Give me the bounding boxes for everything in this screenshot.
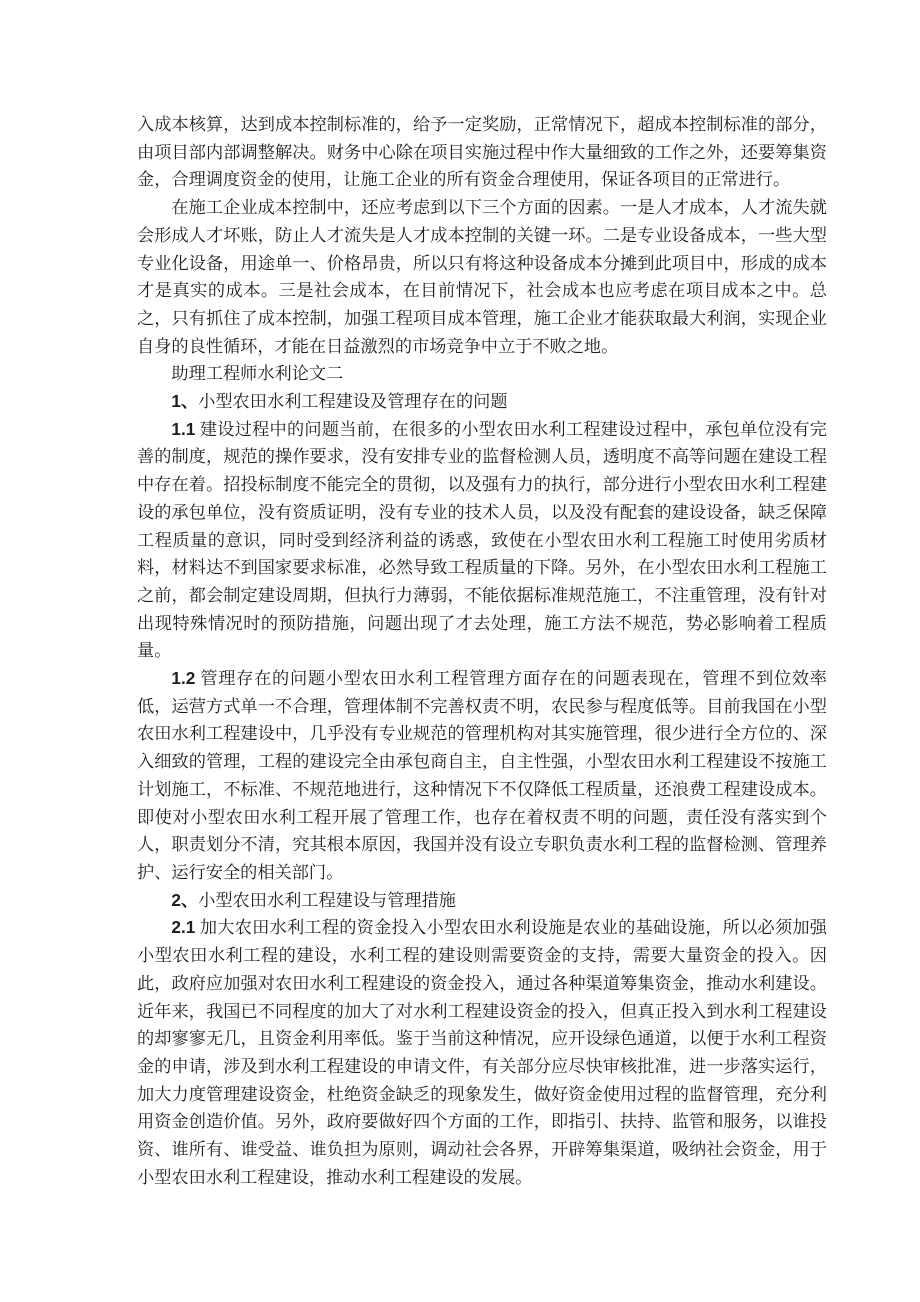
section-number: 2.1 [171,917,195,937]
paragraph-text: 加大农田水利工程的资金投入小型农田水利设施是农业的基础设施，所以必须加强小型农田… [137,918,827,1186]
paragraph-text: 入成本核算，达到成本控制标准的，给予一定奖励，正常情况下，超成本控制标准的部分，… [137,115,827,189]
paragraph-cost-control-factors: 在施工企业成本控制中，还应考虑到以下三个方面的因素。一是人才成本，人才流失就会形… [137,194,827,360]
document-page: 入成本核算，达到成本控制标准的，给予一定奖励，正常情况下，超成本控制标准的部分，… [137,111,827,1191]
paragraph-text: 小型农田水利工程建设与管理措施 [198,891,456,910]
paragraph-1-1-construction-problems: 1.1 建设过程中的问题当前，在很多的小型农田水利工程建设过程中，承包单位没有完… [137,416,827,665]
paragraph-text: 在施工企业成本控制中，还应考虑到以下三个方面的因素。一是人才成本，人才流失就会形… [137,198,827,356]
heading-section-2: 2、小型农田水利工程建设与管理措施 [137,887,827,915]
paragraph-text: 管理存在的问题小型农田水利工程管理方面存在的问题表现在，管理不到位效率低，运营方… [137,669,827,882]
paragraph-cost-accounting: 入成本核算，达到成本控制标准的，给予一定奖励，正常情况下，超成本控制标准的部分，… [137,111,827,194]
section-number: 1.1 [171,419,195,439]
section-number: 2、 [171,890,198,910]
section-number: 1.2 [171,668,195,688]
paragraph-text: 建设过程中的问题当前，在很多的小型农田水利工程建设过程中，承包单位没有完善的制度… [137,420,827,661]
paragraph-1-2-management-problems: 1.2 管理存在的问题小型农田水利工程管理方面存在的问题表现在，管理不到位效率低… [137,665,827,887]
paragraph-text: 助理工程师水利论文二 [171,364,343,383]
heading-essay-two: 助理工程师水利论文二 [137,360,827,388]
section-number: 1、 [171,391,198,411]
paragraph-text: 小型农田水利工程建设及管理存在的问题 [198,392,507,411]
heading-section-1: 1、小型农田水利工程建设及管理存在的问题 [137,388,827,416]
paragraph-2-1-funding-investment: 2.1 加大农田水利工程的资金投入小型农田水利设施是农业的基础设施，所以必须加强… [137,914,827,1191]
